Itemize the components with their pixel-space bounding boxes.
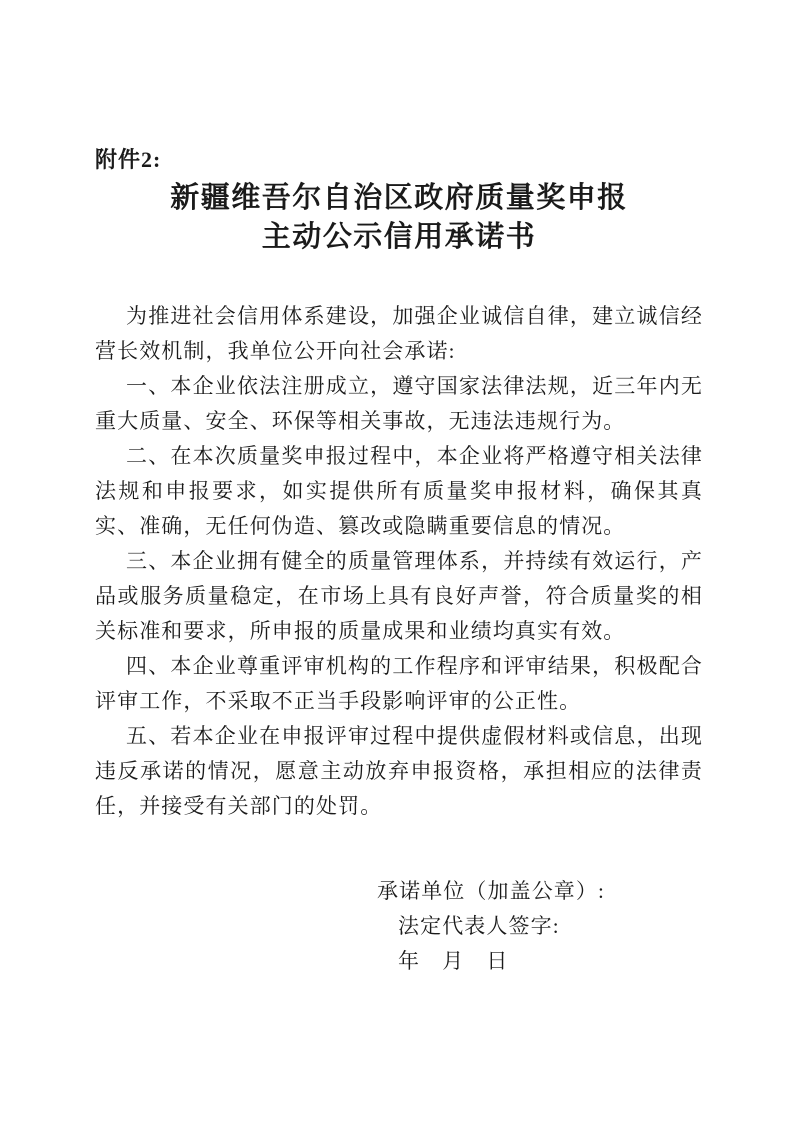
signature-date-line: 年 月 日	[377, 944, 703, 979]
signature-unit-line: 承诺单位（加盖公章）:	[377, 874, 703, 909]
document-page: 附件2: 新疆维吾尔自治区政府质量奖申报 主动公示信用承诺书 为推进社会信用体系…	[0, 0, 793, 1122]
body-paragraph-item-3: 三、本企业拥有健全的质量管理体系，并持续有效运行，产品或服务质量稳定，在市场上具…	[95, 544, 703, 649]
body-paragraph-item-2: 二、在本次质量奖申报过程中，本企业将严格遵守相关法律法规和申报要求，如实提供所有…	[95, 439, 703, 544]
attachment-label: 附件2:	[95, 145, 703, 175]
signature-representative-line: 法定代表人签字:	[377, 909, 703, 944]
body-paragraph-item-5: 五、若本企业在申报评审过程中提供虚假材料或信息，出现违反承诺的情况，愿意主动放弃…	[95, 719, 703, 824]
document-title: 新疆维吾尔自治区政府质量奖申报 主动公示信用承诺书	[95, 179, 703, 257]
signature-block: 承诺单位（加盖公章）: 法定代表人签字: 年 月 日	[377, 874, 703, 979]
title-line-2: 主动公示信用承诺书	[95, 218, 703, 257]
body-paragraph-item-1: 一、本企业依法注册成立，遵守国家法律法规，近三年内无重大质量、安全、环保等相关事…	[95, 369, 703, 439]
document-body: 为推进社会信用体系建设，加强企业诚信自律，建立诚信经营长效机制，我单位公开向社会…	[95, 299, 703, 824]
body-paragraph-intro: 为推进社会信用体系建设，加强企业诚信自律，建立诚信经营长效机制，我单位公开向社会…	[95, 299, 703, 369]
title-line-1: 新疆维吾尔自治区政府质量奖申报	[95, 179, 703, 218]
body-paragraph-item-4: 四、本企业尊重评审机构的工作程序和评审结果，积极配合评审工作，不采取不正当手段影…	[95, 649, 703, 719]
